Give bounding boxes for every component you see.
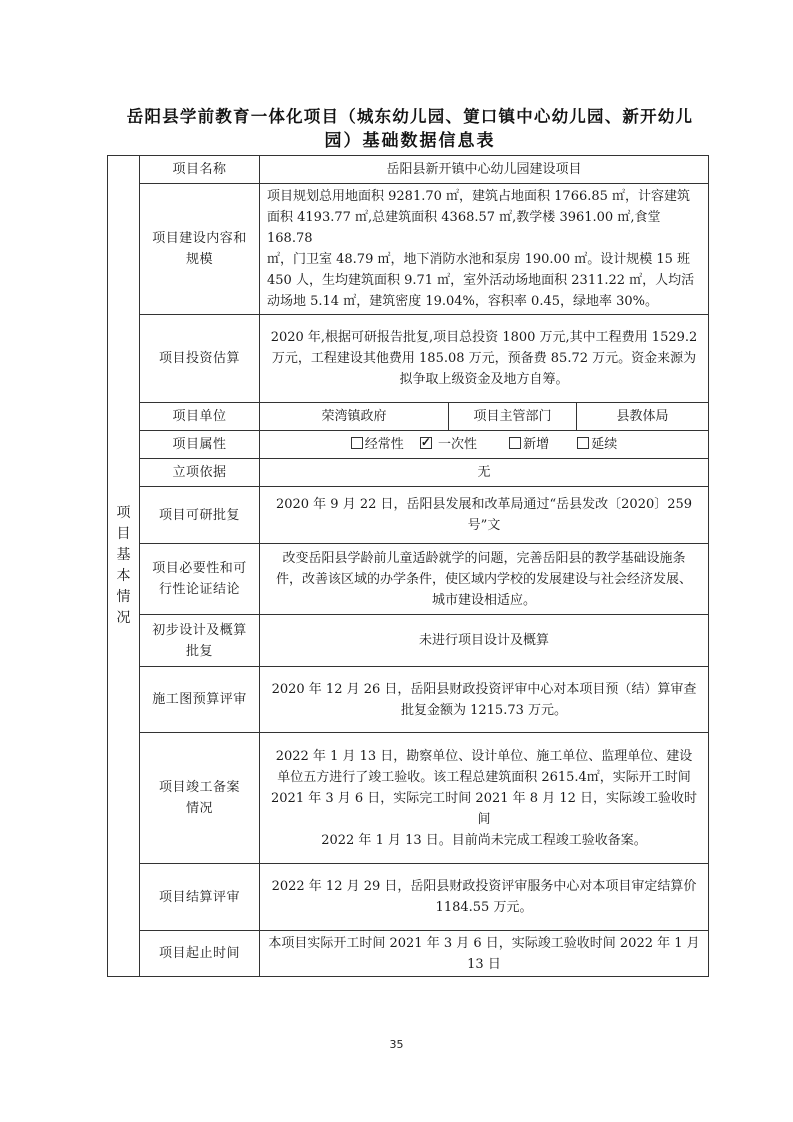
document-title: 岳阳县学前教育一体化项目（城东幼儿园、筻口镇中心幼儿园、新开幼儿 园）基础数据信… — [100, 104, 720, 154]
project-info-table: 项 目 基 本 情 况 项目名称 岳阳县新开镇中心幼儿园建设项目 项目建设内容和… — [107, 155, 709, 977]
label-attribute: 项目属性 — [140, 431, 260, 459]
option-continued[interactable]: 延续 — [577, 434, 617, 455]
label-dept: 项目主管部门 — [449, 403, 577, 431]
checkbox-checked-icon — [420, 437, 432, 449]
label-unit: 项目单位 — [140, 403, 260, 431]
value-scope: 项目规划总用地面积 9281.70 ㎡，建筑占地面积 1766.85 ㎡，计容建… — [260, 184, 709, 315]
value-budget: 2020 年 12 月 26 日，岳阳县财政投资评审中心对本项目预（结）算审查 … — [260, 667, 709, 733]
row-unit: 项目单位 荣湾镇政府 项目主管部门 县教体局 — [108, 403, 709, 431]
label-scope: 项目建设内容和 规模 — [140, 184, 260, 315]
label-investment: 项目投资估算 — [140, 315, 260, 403]
row-basis: 立项依据 无 — [108, 459, 709, 487]
option-recurring[interactable]: 经常性 — [351, 434, 404, 455]
label-completion: 项目竣工备案 情况 — [140, 733, 260, 864]
option-one-time[interactable]: 一次性 — [420, 434, 477, 455]
checkbox-empty-icon — [509, 437, 521, 449]
row-period: 项目起止时间 本项目实际开工时间 2021 年 3 月 6 日，实际竣工验收时间… — [108, 931, 709, 977]
row-design: 初步设计及概算 批复 未进行项目设计及概算 — [108, 615, 709, 667]
checkbox-empty-icon — [577, 437, 589, 449]
value-feasibility: 2020 年 9 月 22 日，岳阳县发展和改革局通过“岳县发改〔2020〕25… — [260, 487, 709, 544]
label-basis: 立项依据 — [140, 459, 260, 487]
row-necessity: 项目必要性和可 行性论证结论 改变岳阳县学龄前儿童适龄就学的问题，完善岳阳县的教… — [108, 544, 709, 615]
label-settlement: 项目结算评审 — [140, 864, 260, 931]
row-investment: 项目投资估算 2020 年,根据可研报告批复,项目总投资 1800 万元,其中工… — [108, 315, 709, 403]
row-budget: 施工图预算评审 2020 年 12 月 26 日，岳阳县财政投资评审中心对本项目… — [108, 667, 709, 733]
label-necessity: 项目必要性和可 行性论证结论 — [140, 544, 260, 615]
row-feasibility: 项目可研批复 2020 年 9 月 22 日，岳阳县发展和改革局通过“岳县发改〔… — [108, 487, 709, 544]
label-period: 项目起止时间 — [140, 931, 260, 977]
page-number: 35 — [0, 1038, 793, 1051]
row-project-name: 项 目 基 本 情 况 项目名称 岳阳县新开镇中心幼儿园建设项目 — [108, 156, 709, 184]
label-design: 初步设计及概算 批复 — [140, 615, 260, 667]
value-period: 本项目实际开工时间 2021 年 3 月 6 日，实际竣工验收时间 2022 年… — [260, 931, 709, 977]
value-project-name: 岳阳县新开镇中心幼儿园建设项目 — [260, 156, 709, 184]
title-line-1: 岳阳县学前教育一体化项目（城东幼儿园、筻口镇中心幼儿园、新开幼儿 — [100, 104, 720, 129]
title-line-2: 园）基础数据信息表 — [100, 129, 720, 154]
label-feasibility: 项目可研批复 — [140, 487, 260, 544]
value-necessity: 改变岳阳县学龄前儿童适龄就学的问题，完善岳阳县的教学基础设施条 件，改善该区域的… — [260, 544, 709, 615]
value-design: 未进行项目设计及概算 — [260, 615, 709, 667]
value-unit: 荣湾镇政府 — [260, 403, 449, 431]
value-settlement: 2022 年 12 月 29 日，岳阳县财政投资评审服务中心对本项目审定结算价 … — [260, 864, 709, 931]
section-label: 项 目 基 本 情 况 — [108, 156, 140, 977]
row-settlement: 项目结算评审 2022 年 12 月 29 日，岳阳县财政投资评审服务中心对本项… — [108, 864, 709, 931]
value-dept: 县教体局 — [577, 403, 709, 431]
row-scope: 项目建设内容和 规模 项目规划总用地面积 9281.70 ㎡，建筑占地面积 17… — [108, 184, 709, 315]
option-new[interactable]: 新增 — [509, 434, 549, 455]
row-attribute: 项目属性 经常性 一次性 新增 延续 — [108, 431, 709, 459]
label-project-name: 项目名称 — [140, 156, 260, 184]
value-attribute: 经常性 一次性 新增 延续 — [260, 431, 709, 459]
value-investment: 2020 年,根据可研报告批复,项目总投资 1800 万元,其中工程费用 152… — [260, 315, 709, 403]
checkbox-empty-icon — [351, 437, 363, 449]
label-budget: 施工图预算评审 — [140, 667, 260, 733]
value-basis: 无 — [260, 459, 709, 487]
value-completion: 2022 年 1 月 13 日，勘察单位、设计单位、施工单位、监理单位、建设 单… — [260, 733, 709, 864]
row-completion: 项目竣工备案 情况 2022 年 1 月 13 日，勘察单位、设计单位、施工单位… — [108, 733, 709, 864]
